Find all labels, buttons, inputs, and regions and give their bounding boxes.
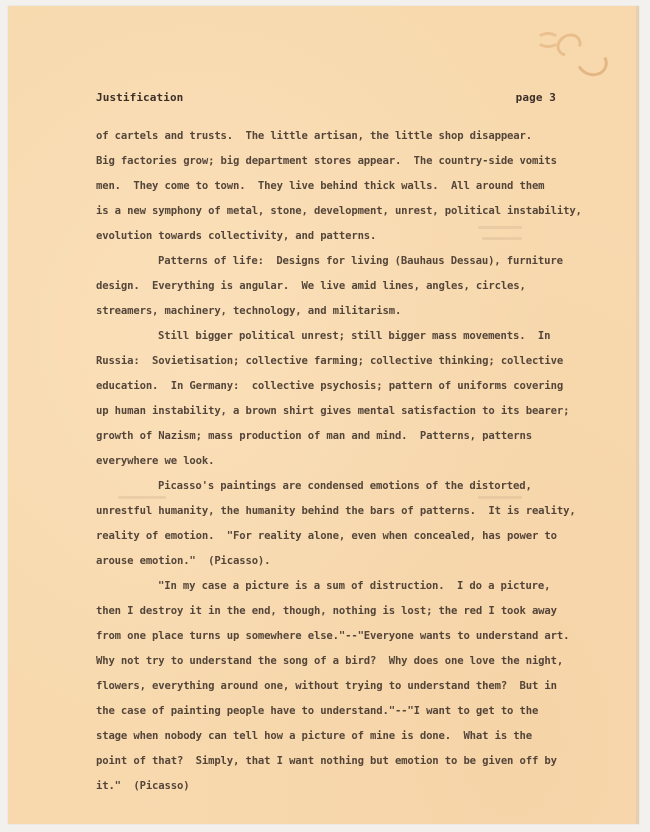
text-line: flowers, everything around one, without … <box>96 674 596 699</box>
text-line: men. They come to town. They live behind… <box>96 174 596 199</box>
text-line: of cartels and trusts. The little artisa… <box>96 124 596 149</box>
text-line: Russia: Sovietisation; collective farmin… <box>96 349 596 374</box>
paragraph-first-line: Patterns of life: Designs for living (Ba… <box>96 249 596 274</box>
text-line: Why not try to understand the song of a … <box>96 649 596 674</box>
text-line: is a new symphony of metal, stone, devel… <box>96 199 596 224</box>
text-line: streamers, machinery, technology, and mi… <box>96 299 596 324</box>
text-line: arouse emotion." (Picasso). <box>96 549 596 574</box>
text-line: evolution towards collectivity, and patt… <box>96 224 596 249</box>
page-header: Justification page 3 <box>96 91 556 107</box>
page-number: page 3 <box>516 91 556 104</box>
text-line: everywhere we look. <box>96 449 596 474</box>
water-stain <box>536 32 560 48</box>
text-line: the case of painting people have to unde… <box>96 699 596 724</box>
text-line: stage when nobody can tell how a picture… <box>96 724 596 749</box>
text-line: it." (Picasso) <box>96 774 596 799</box>
document-title: Justification <box>96 91 183 104</box>
text-line: then I destroy it in the end, though, no… <box>96 599 596 624</box>
text-line: reality of emotion. "For reality alone, … <box>96 524 596 549</box>
paragraph-first-line: "In my case a picture is a sum of distru… <box>96 574 596 599</box>
text-line: Big factories grow; big department store… <box>96 149 596 174</box>
text-line: growth of Nazism; mass production of man… <box>96 424 596 449</box>
text-line: unrestful humanity, the humanity behind … <box>96 499 596 524</box>
text-line: from one place turns up somewhere else."… <box>96 624 596 649</box>
text-line: point of that? Simply, that I want nothi… <box>96 749 596 774</box>
paragraph-first-line: Picasso's paintings are condensed emotio… <box>96 474 596 499</box>
text-line: education. In Germany: collective psycho… <box>96 374 596 399</box>
document-body: of cartels and trusts. The little artisa… <box>96 124 596 799</box>
text-line: up human instability, a brown shirt give… <box>96 399 596 424</box>
text-line: design. Everything is angular. We live a… <box>96 274 596 299</box>
paragraph-first-line: Still bigger political unrest; still big… <box>96 324 596 349</box>
